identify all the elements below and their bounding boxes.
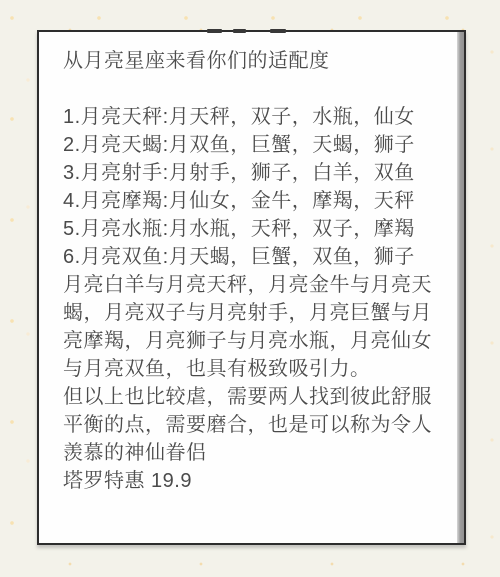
text-line-pisces: 6.月亮双鱼:月天蝎，巨蟹，双鱼，狮子 xyxy=(63,243,455,271)
text-line-pairs-4: 与月亮双鱼，也具有极致吸引力。 xyxy=(63,355,455,383)
cropped-text-remnant xyxy=(270,29,286,33)
cropped-text-remnant xyxy=(207,29,222,33)
card-title: 从月亮星座来看你们的适配度 xyxy=(63,47,455,75)
text-line-capricorn: 4.月亮摩羯:月仙女，金牛，摩羯，天秤 xyxy=(63,187,455,215)
content-card: 从月亮星座来看你们的适配度 1.月亮天秤:月天秤，双子，水瓶，仙女 2.月亮天蝎… xyxy=(37,30,466,545)
text-line-libra: 1.月亮天秤:月天秤，双子，水瓶，仙女 xyxy=(63,103,455,131)
text-line-price: 塔罗特惠 19.9 xyxy=(63,467,455,495)
text-line-note-1: 但以上也比较虐，需要两人找到彼此舒服 xyxy=(63,383,455,411)
text-line-pairs-3: 亮摩羯，月亮狮子与月亮水瓶，月亮仙女 xyxy=(63,327,455,355)
scrollbar[interactable] xyxy=(457,32,464,543)
text-line-note-2: 平衡的点，需要磨合，也是可以称为令人 xyxy=(63,411,455,439)
text-line-sagittarius: 3.月亮射手:月射手，狮子，白羊，双鱼 xyxy=(63,159,455,187)
blank-line xyxy=(63,75,455,103)
cropped-text-remnant xyxy=(233,29,246,33)
text-line-aquarius: 5.月亮水瓶:月水瓶，天秤，双子，摩羯 xyxy=(63,215,455,243)
text-line-pairs-2: 蝎，月亮双子与月亮射手，月亮巨蟹与月 xyxy=(63,299,455,327)
text-line-pairs-1: 月亮白羊与月亮天秤，月亮金牛与月亮天 xyxy=(63,271,455,299)
text-line-scorpio: 2.月亮天蝎:月双鱼，巨蟹，天蝎，狮子 xyxy=(63,131,455,159)
card-content: 从月亮星座来看你们的适配度 1.月亮天秤:月天秤，双子，水瓶，仙女 2.月亮天蝎… xyxy=(39,32,455,495)
text-line-note-3: 羡慕的神仙眷侣 xyxy=(63,439,455,467)
